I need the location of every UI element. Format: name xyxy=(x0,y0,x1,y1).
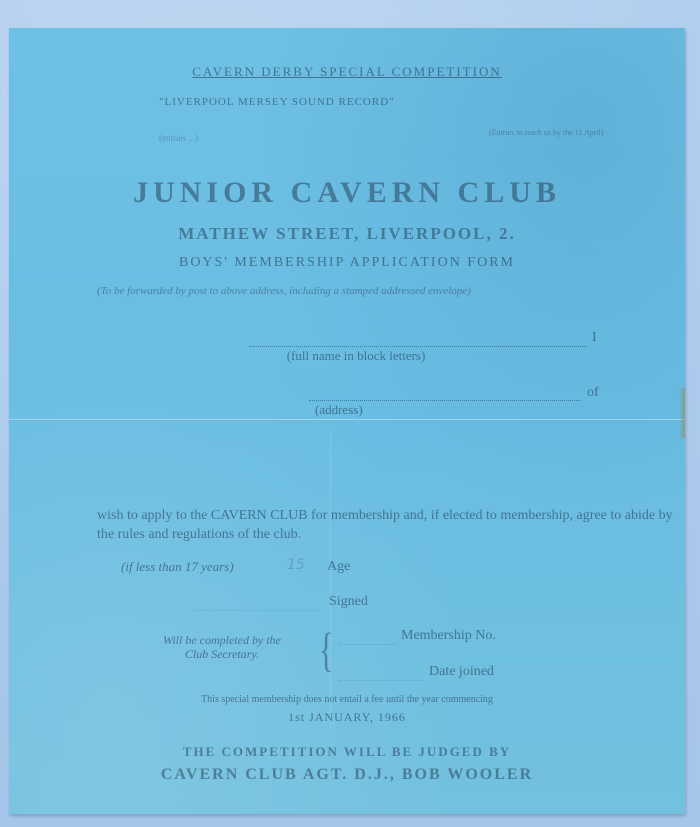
competition-note-left: (entries ...) xyxy=(159,133,198,143)
signature-field[interactable] xyxy=(189,610,319,611)
age-field-hint: (if less than 17 years) xyxy=(121,559,234,575)
name-field-input[interactable] xyxy=(249,346,587,347)
declaration-text: wish to apply to the CAVERN CLUB for mem… xyxy=(97,506,677,544)
competition-subtitle: "LIVERPOOL MERSEY SOUND RECORD" xyxy=(159,96,395,108)
date-joined-label: Date joined xyxy=(429,664,494,680)
secretary-note-line-2: Club Secretary. xyxy=(137,647,307,661)
address-field-label: of xyxy=(587,385,599,401)
membership-application-form: CAVERN DERBY SPECIAL COMPETITION "LIVERP… xyxy=(9,28,685,814)
judged-by-heading: THE COMPETITION WILL BE JUDGED BY xyxy=(9,744,685,760)
membership-number-label: Membership No. xyxy=(401,628,496,644)
age-field-label: Age xyxy=(327,559,350,575)
secretary-note: Will be completed by the Club Secretary. xyxy=(137,633,307,661)
special-membership-note: This special membership does not entail … xyxy=(9,694,685,705)
secretary-note-line-1: Will be completed by the xyxy=(137,633,307,647)
paper-vertical-crease xyxy=(330,428,331,728)
special-membership-date: 1st JANUARY, 1966 xyxy=(9,710,685,725)
name-field-label: I xyxy=(592,330,597,346)
paper-fold-crease xyxy=(9,419,685,421)
club-name-heading: JUNIOR CAVERN CLUB xyxy=(9,176,685,210)
club-address: MATHEW STREET, LIVERPOOL, 2. xyxy=(9,224,685,244)
paper-stain xyxy=(679,388,685,438)
judge-names: CAVERN CLUB AGT. D.J., BOB WOOLER xyxy=(9,766,685,784)
date-joined-input[interactable] xyxy=(339,680,425,681)
name-field-hint: (full name in block letters) xyxy=(251,348,461,364)
age-field-value[interactable]: 15 xyxy=(287,557,305,573)
forwarding-instructions: (To be forwarded by post to above addres… xyxy=(97,285,471,297)
form-title: BOYS' MEMBERSHIP APPLICATION FORM xyxy=(9,255,685,271)
signed-field-label: Signed xyxy=(329,594,368,610)
brace-left: { xyxy=(319,627,333,675)
competition-note-right: (Entries to reach us by the 11 April) xyxy=(489,128,604,137)
address-field-hint: (address) xyxy=(315,402,363,418)
competition-title: CAVERN DERBY SPECIAL COMPETITION xyxy=(9,64,685,80)
address-field-input[interactable] xyxy=(309,400,581,401)
membership-number-input[interactable] xyxy=(339,644,397,645)
